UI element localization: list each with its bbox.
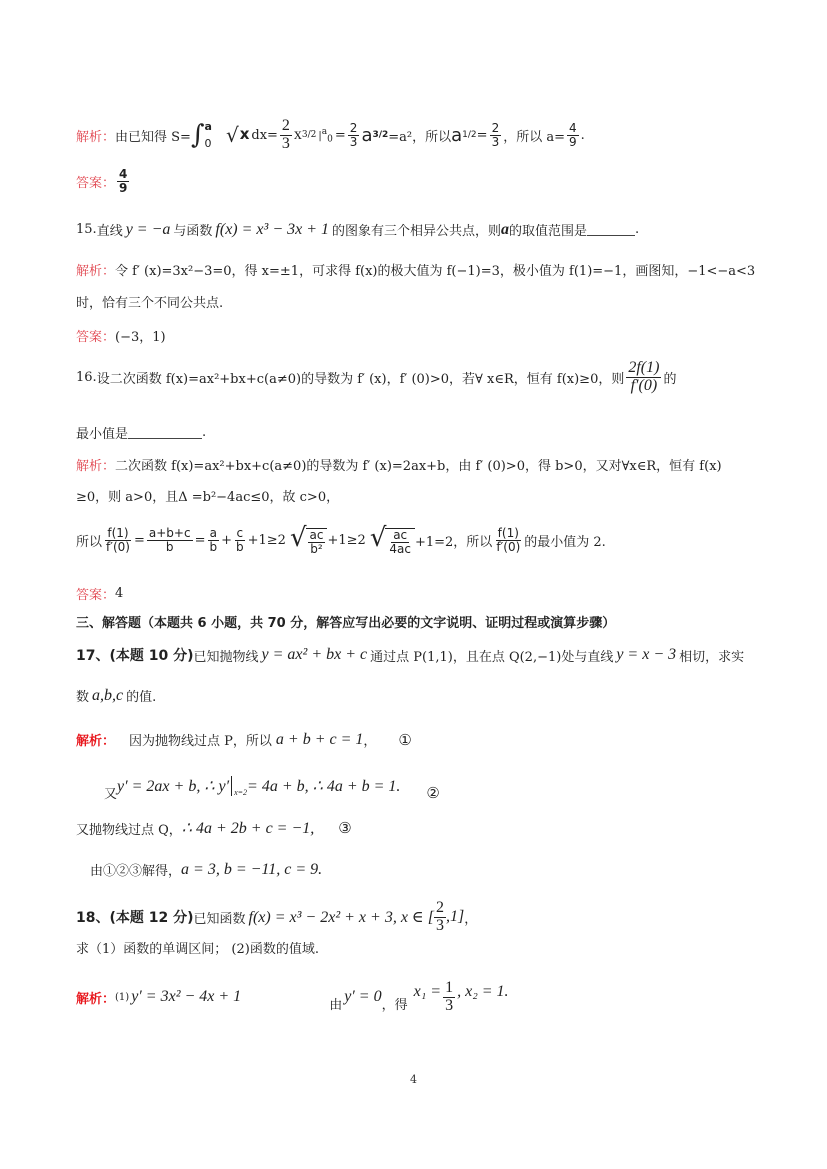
q16-question: 16. 设二次函数 f(x)=ax²+bx+c(a≠0)的导数为 f′ (x)，… (76, 360, 676, 395)
x: x (294, 126, 302, 144)
q15-text-4: 的取值范围是 (509, 220, 587, 239)
analysis-text: ≥0，则 a>0，且Δ =b²−4ac≤0，故 c>0， (76, 486, 339, 505)
fraction-2-3: 23 (280, 118, 292, 153)
analysis-text: 令 f′ (x)=3x²−3=0，得 x=±1，可求得 f(x)的极大值为 f(… (115, 260, 755, 279)
q18-text-5: ，得 (382, 994, 408, 1013)
q18-expr-3: y′ = 3x² − 4x + 1 (131, 988, 241, 1006)
dx: dx= (251, 128, 278, 143)
q15-expr-2: f(x) = x³ − 3x + 1 (215, 221, 329, 239)
q18-text-1: 已知函数 (194, 908, 246, 927)
marker-2: ② (426, 784, 439, 802)
integral-limits: a 0 (205, 120, 212, 150)
eval-bar: |a0 (318, 127, 332, 144)
analysis-label: 解析： (76, 730, 115, 749)
equals: = (134, 533, 145, 548)
period: . (202, 425, 206, 440)
q17-text-5: 的值. (126, 686, 156, 705)
section-heading: 三、解答题（本题共 6 小题，共 70 分，解答应写出必要的文字说明、证明过程或… (76, 612, 615, 631)
frac-f1-fp0: f(1)f′(0) (104, 527, 132, 553)
q17-question: 17、(本题 10 分) 已知抛物线 y = ax² + bx + c 通过点 … (76, 645, 744, 665)
step2-sub: x=2 (234, 788, 247, 797)
answer-value: 4 (115, 586, 123, 601)
q16-fraction: 2f(1)f′(0) (626, 360, 661, 395)
step1-expr: a + b + c = 1 (276, 731, 364, 749)
q18-text-4: 由 (329, 994, 342, 1013)
comma: ， (363, 730, 376, 749)
question-number: 16. (76, 370, 97, 385)
q17-analysis-step3: 又抛物线过点 Q， ∴ 4a + 2b + c = −1, ③ (76, 818, 352, 838)
q18-expr-5b: , x₂ = 1. (457, 983, 508, 1001)
plus1-geq2-b: +1≥2 (327, 533, 365, 548)
q18-question-cont: 求（1）函数的单调区间； (2)函数的值域. (76, 938, 319, 957)
fraction-2-3-c: 23 (490, 122, 502, 148)
answer-blank[interactable] (587, 223, 635, 236)
sqrt-ac-b2: √acb² (290, 525, 328, 555)
answer-blank[interactable] (128, 426, 202, 439)
step1-text: 因为抛物线过点 P，所以 (129, 730, 272, 749)
q17-expr-3: a,b,c (92, 687, 123, 705)
q15-answer: 答案： (−3，1) (76, 326, 166, 345)
period: . (635, 222, 639, 237)
derivation-tail: +1=2，所以 (415, 531, 492, 550)
integral-sign: ∫ (191, 122, 205, 148)
q16-question-cont: 最小值是 . (76, 423, 206, 442)
q16-text-2: 的 (663, 368, 676, 387)
q17-analysis-step1: 解析： 因为抛物线过点 P，所以 a + b + c = 1 ， ① (76, 730, 412, 749)
part-label: (1) (115, 992, 129, 1003)
q18-expr-4: y′ = 0 (344, 988, 381, 1006)
answer-value: (−3，1) (115, 326, 166, 345)
question-number: 15. (76, 222, 97, 237)
fraction-4-9: 49 (567, 122, 579, 148)
a-symbol: a (361, 125, 372, 146)
then-text: ，所以 a= (503, 126, 565, 145)
q15-text-1: 直线 (97, 220, 123, 239)
question-label: 17、(本题 10 分) (76, 645, 194, 665)
q18-fraction: 23 (434, 900, 446, 935)
q16-analysis: 解析： 二次函数 f(x)=ax²+bx+c(a≠0)的导数为 f′ (x)=2… (76, 455, 722, 474)
period: . (581, 128, 585, 143)
q18-expr-5a: x₁ = (414, 983, 441, 1001)
q16-answer: 答案： 4 (76, 584, 123, 603)
q16-text-3: 最小值是 (76, 423, 128, 442)
q15-text-3: 的图象有三个相异公共点，则 (332, 220, 501, 239)
comma: ， (464, 908, 477, 927)
q16-analysis-cont: ≥0，则 a>0，且Δ =b²−4ac≤0，故 c>0， (76, 486, 339, 505)
derivation-suffix: 的最小值为 2. (524, 531, 606, 550)
exponent-3-2: 3/2 (372, 130, 388, 140)
a-symbol-2: a (451, 125, 462, 146)
equals: = (335, 128, 346, 143)
q15-question: 15. 直线 y = −a 与函数 f(x) = x³ − 3x + 1 的图象… (76, 220, 639, 239)
q15-text-2: 与函数 (173, 220, 212, 239)
exponent-1-2: 1/2 (462, 130, 476, 140)
equals: = (195, 533, 206, 548)
analysis-label: 解析： (76, 988, 115, 1007)
sqrt-ac-4ac: √ac4ac (370, 525, 415, 555)
answer-label: 答案： (76, 584, 115, 603)
analysis-text: 时，恰有三个不同公共点. (76, 292, 223, 311)
q18-expr-1: f(x) = x³ − 2x² + x + 3, x ∈ [ (249, 907, 434, 927)
step4-text: 由①②③解得， (90, 860, 181, 879)
step4-expr: a = 3, b = −11, c = 9. (181, 861, 322, 879)
plus1-geq2: +1≥2 (248, 533, 286, 548)
frac-abc-b: a+b+cb (147, 527, 193, 553)
sqrt-x: √x (226, 125, 251, 145)
q14-analysis: 解析： 由已知得 S= ∫ a 0 √x dx= 23 x 3/2 |a0 = … (76, 118, 585, 153)
q18-analysis: 解析： (1) y′ = 3x² − 4x + 1 由 y′ = 0 ，得 x₁… (76, 980, 509, 1015)
equals-2: = (477, 128, 488, 143)
frac-f1-fp0-b: f(1)f′(0) (494, 527, 522, 553)
step3-expr: ∴ 4a + 2b + c = −1, (182, 818, 314, 838)
frac-a-b: ab (207, 527, 219, 553)
analysis-label: 解析： (76, 260, 115, 279)
answer-label: 答案： (76, 172, 115, 191)
marker-1: ① (398, 731, 411, 749)
section-heading-text: 三、解答题（本题共 6 小题，共 70 分，解答应写出必要的文字说明、证明过程或… (76, 612, 615, 631)
q17-analysis-step4: 由①②③解得， a = 3, b = −11, c = 9. (90, 860, 322, 879)
q17-text-4: 数 (76, 686, 89, 705)
q16-derivation: 所以 f(1)f′(0) = a+b+cb = ab + cb +1≥2 √ac… (76, 525, 606, 555)
q18-question: 18、(本题 12 分) 已知函数 f(x) = x³ − 2x² + x + … (76, 900, 477, 935)
analysis-text: 二次函数 f(x)=ax²+bx+c(a≠0)的导数为 f′ (x)=2ax+b… (115, 455, 722, 474)
q17-text-1: 已知抛物线 (194, 646, 259, 665)
q15-expr-1: y = −a (126, 221, 171, 239)
answer-fraction: 49 (117, 168, 129, 194)
q15-analysis-cont: 时，恰有三个不同公共点. (76, 292, 223, 311)
derivation-prefix: 所以 (76, 531, 102, 550)
fraction-2-3-b: 23 (348, 122, 360, 148)
q18-expr-2: ,1] (446, 908, 464, 926)
step3-text: 又抛物线过点 Q， (76, 819, 182, 838)
q16-text-1: 设二次函数 f(x)=ax²+bx+c(a≠0)的导数为 f′ (x)，f′ (… (97, 368, 625, 387)
answer-label: 答案： (76, 326, 115, 345)
q15-analysis: 解析： 令 f′ (x)=3x²−3=0，得 x=±1，可求得 f(x)的极大值… (76, 260, 755, 279)
q18-text-3: 求（1）函数的单调区间； (2)函数的值域. (76, 938, 319, 957)
exponent: 3/2 (302, 130, 316, 140)
analysis-label: 解析： (76, 126, 115, 145)
q14-answer: 答案： 49 (76, 168, 131, 194)
step2-text: 又 (104, 783, 117, 802)
step2-expr-a: y′ = 2ax + b, ∴ y′ (117, 776, 229, 796)
q17-question-cont: 数 a,b,c 的值. (76, 686, 156, 705)
equals-a2: =a²，所以 (388, 126, 451, 145)
frac-c-b: cb (234, 527, 246, 553)
marker-3: ③ (338, 819, 351, 837)
analysis-text: 由已知得 S= (115, 126, 191, 145)
q18-fraction-1-3: 13 (443, 980, 455, 1015)
q17-expr-1: y = ax² + bx + c (262, 646, 368, 664)
question-label: 18、(本题 12 分) (76, 907, 194, 927)
q17-text-2: 通过点 P(1,1)，且在点 Q(2,−1)处与直线 (370, 646, 613, 665)
analysis-label: 解析： (76, 455, 115, 474)
plus: + (221, 533, 232, 548)
q15-expr-3: a (501, 221, 509, 239)
step2-expr-b: = 4a + b, ∴ 4a + b = 1. (247, 776, 400, 796)
eval-bar (231, 776, 232, 796)
q17-text-3: 相切，求实 (679, 646, 744, 665)
q17-expr-2: y = x − 3 (616, 646, 676, 664)
page-number: 4 (410, 1073, 417, 1086)
q17-analysis-step2: 又 y′ = 2ax + b, ∴ y′ x=2 = 4a + b, ∴ 4a … (104, 770, 440, 802)
